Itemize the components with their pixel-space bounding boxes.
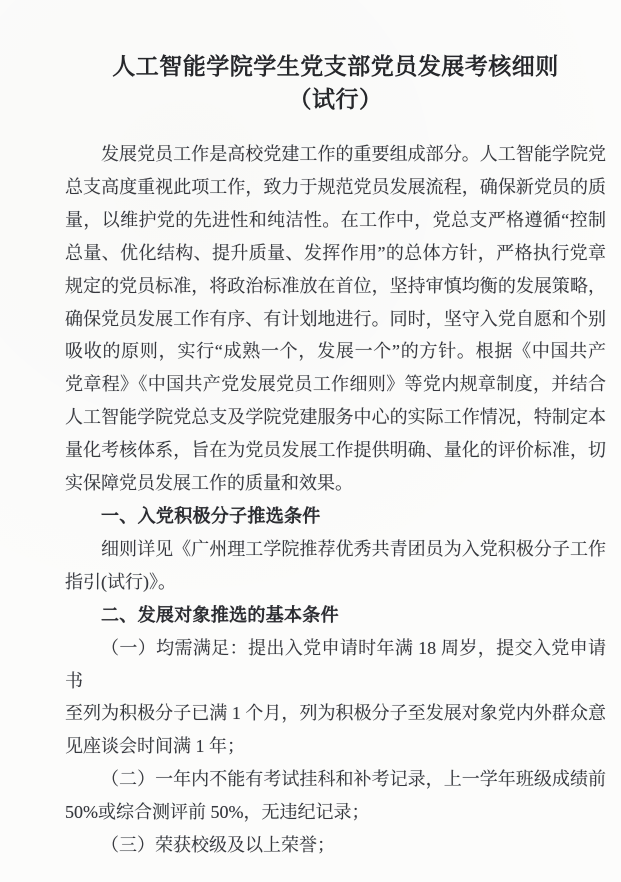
document-page: 人工智能学院学生党支部党员发展考核细则 （试行） 发展党员工作是高校党建工作的重… xyxy=(0,0,621,882)
paragraph-line: 规定的党员标准，将政治标准放在首位，坚持审慎均衡的发展策略， xyxy=(65,270,606,303)
paragraph-line: 量，以维护党的先进性和纯洁性。在工作中，党总支严格遵循“控制 xyxy=(65,204,606,237)
document-body: 发展党员工作是高校党建工作的重要组成部分。人工智能学院党 总支高度重视此项工作，… xyxy=(65,138,606,862)
paragraph-line: 量化考核体系，旨在为党员发展工作提供明确、量化的评价标准，切 xyxy=(65,434,606,467)
document-content: 人工智能学院学生党支部党员发展考核细则 （试行） 发展党员工作是高校党建工作的重… xyxy=(65,50,606,862)
section-heading-1: 一、入党积极分子推选条件 xyxy=(65,500,606,533)
paragraph-line: 党章程》《中国共产党发展党员工作细则》等党内规章制度，并结合 xyxy=(65,368,606,401)
paragraph-line: 指引(试行)》。 xyxy=(65,566,606,599)
document-title: 人工智能学院学生党支部党员发展考核细则 xyxy=(65,50,606,83)
paragraph-line: 50%或综合测评前 50%，无违纪记录； xyxy=(65,796,606,829)
paragraph-line: 确保党员发展工作有序、有计划地进行。同时，坚守入党自愿和个别 xyxy=(65,303,606,336)
paragraph-line: 总量、优化结构、提升质量、发挥作用”的总体方针，严格执行党章 xyxy=(65,237,606,270)
paragraph-line: 细则详见《广州理工学院推荐优秀共青团员为入党积极分子工作 xyxy=(65,533,606,566)
paragraph-line: （一）均需满足：提出入党申请时年满 18 周岁，提交入党申请书 xyxy=(65,632,606,698)
paragraph-line: 总支高度重视此项工作，致力于规范党员发展流程，确保新党员的质 xyxy=(65,171,606,204)
paragraph-line: 吸收的原则，实行“成熟一个，发展一个”的方针。根据《中国共产 xyxy=(65,335,606,368)
paragraph-line: 至列为积极分子已满 1 个月，列为积极分子至发展对象党内外群众意 xyxy=(65,697,606,730)
paragraph-line: 实保障党员发展工作的质量和效果。 xyxy=(65,467,606,500)
document-subtitle: （试行） xyxy=(65,83,606,116)
paragraph-line: 发展党员工作是高校党建工作的重要组成部分。人工智能学院党 xyxy=(65,138,606,171)
paragraph-line: （三）荣获校级及以上荣誉； xyxy=(65,829,606,862)
paragraph-line: 人工智能学院党总支及学院党建服务中心的实际工作情况，特制定本 xyxy=(65,401,606,434)
paragraph-line: 见座谈会时间满 1 年； xyxy=(65,730,606,763)
paragraph-line: （二）一年内不能有考试挂科和补考记录，上一学年班级成绩前 xyxy=(65,763,606,796)
section-heading-2: 二、发展对象推选的基本条件 xyxy=(65,599,606,632)
document-title-block: 人工智能学院学生党支部党员发展考核细则 （试行） xyxy=(65,50,606,116)
